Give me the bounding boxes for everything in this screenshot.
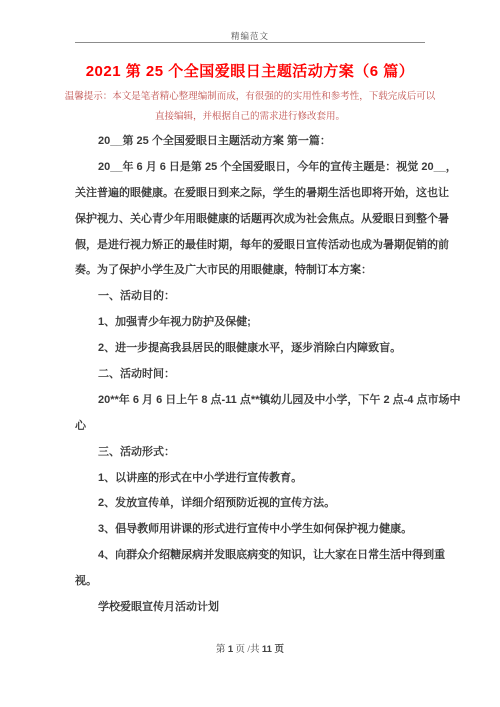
document-line: 关注普遍的眼健康。在爱眼日到来之际，学生的暑期生活也即将开始，这也让 [75,181,425,207]
word-document-page: 精编范文 2021 第 25 个全国爱眼日主题活动方案（6 篇） 温馨提示：本文… [0,0,500,707]
document-section-heading: 三、活动形式： [75,440,425,466]
document-notice: 温馨提示：本文是笔者精心整理编制而成，有很强的的实用性和参考性，下载完成后可以直… [64,87,436,127]
document-line: 1、以讲座的形式在中小学进行宣传教育。 [75,466,425,492]
document-header-label: 精编范文 [231,31,269,41]
document-line: 20__第 25 个全国爱眼日主题活动方案 第一篇： [75,129,425,155]
document-title: 2021 第 25 个全国爱眼日主题活动方案（6 篇） [0,62,500,81]
document-line: 3、倡导教师用讲课的形式进行宣传中小学生如何保护视力健康。 [75,517,425,543]
document-body: 20__第 25 个全国爱眼日主题活动方案 第一篇： 20__年 6 月 6 日… [75,129,425,621]
document-line: 2、发放宣传单，详细介绍预防近视的宣传方法。 [75,491,425,517]
document-section-heading: 一、活动目的： [75,284,425,310]
document-line: 学校爱眼宣传月活动计划 [75,595,425,621]
document-line: 奏。为了保护小学生及广大市民的用眼健康，特制订本方案： [75,258,425,284]
document-line: 20**年 6 月 6 日上午 8 点-11 点**镇幼儿园及中小学，下午 2 … [75,388,425,414]
footer-text: 页 /共 [233,645,262,655]
document-line: 2、进一步提高我县居民的眼健康水平，逐步消除白内障致盲。 [75,336,425,362]
document-line: 20__年 6 月 6 日是第 25 个全国爱眼日，今年的宣传主题是：视觉 20… [75,155,425,181]
total-page-number: 11 [262,644,272,655]
document-section-heading: 二、活动时间： [75,362,425,388]
footer-text: 第 [216,645,228,655]
document-line: 4、向群众介绍糖尿病并发眼底病变的知识，让大家在日常生活中得到重 [75,543,425,569]
document-line: 保护视力、关心青少年用眼健康的话题再次成为社会焦点。从爱眼日到整个暑 [75,207,425,233]
footer-text: 页 [272,644,284,655]
document-header-rule: 精编范文 [75,30,425,43]
document-line: 视。 [75,569,425,595]
document-line: 1、加强青少年视力防护及保健; [75,310,425,336]
document-line: 心 [75,414,425,440]
page-number-footer: 第 1 页 /共 11 页 [0,643,500,657]
document-line: 假，是进行视力矫正的最佳时期，每年的爱眼日宣传活动也成为暑期促销的前 [75,233,425,259]
